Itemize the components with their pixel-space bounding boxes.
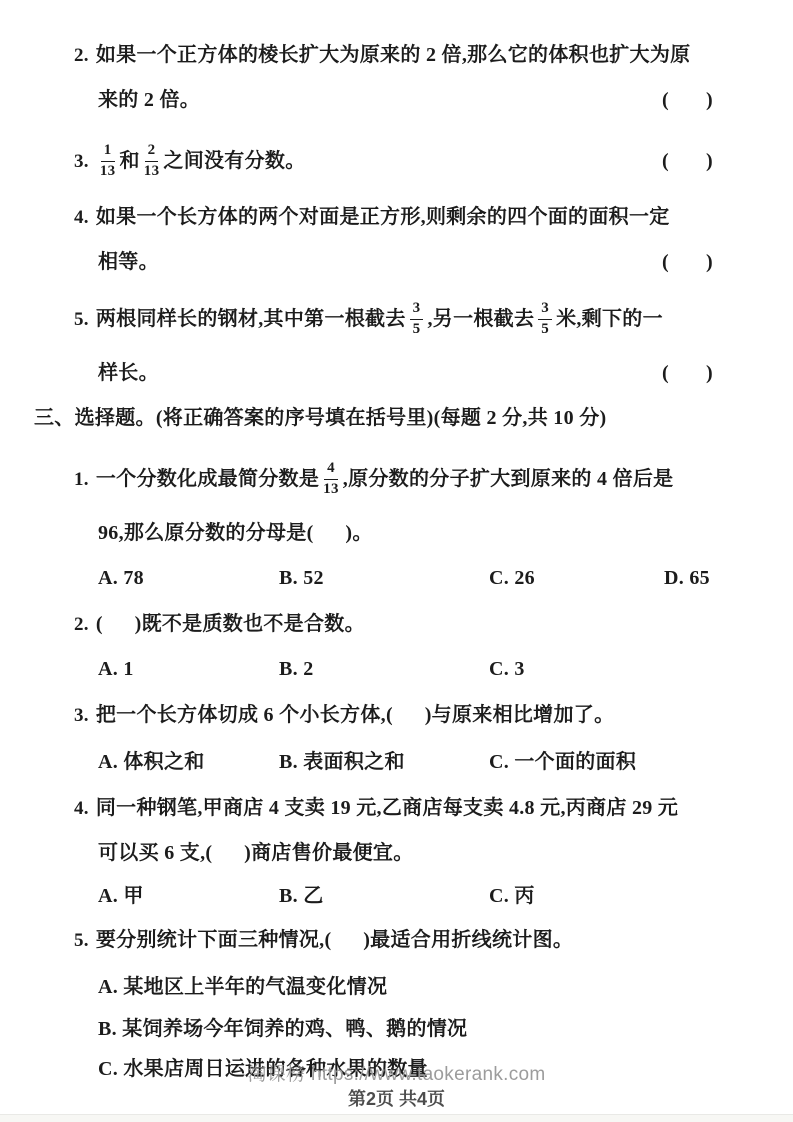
- question-text: 把一个长方体切成 6 个小长方体,( )与原来相比增加了。: [96, 702, 615, 729]
- option-c: C. 丙: [489, 883, 664, 909]
- option-c: C. 26: [489, 565, 664, 591]
- option-a: A. 78: [98, 565, 279, 591]
- question-text: 要分别统计下面三种情况,( )最适合用折线统计图。: [96, 927, 573, 954]
- question-text: 和: [119, 148, 139, 175]
- fraction: 2 13: [144, 142, 160, 180]
- fraction: 3 5: [538, 300, 552, 338]
- answer-bracket: ( ): [662, 148, 713, 175]
- tf-question-4: 4. 如果一个长方体的两个对面是正方形,则剩余的四个面的面积一定 相等。 ( ): [74, 204, 713, 276]
- question-text: 如果一个长方体的两个对面是正方形,则剩余的四个面的面积一定: [96, 204, 670, 231]
- option-d: D. 65: [664, 565, 713, 591]
- question-number: 3.: [74, 148, 89, 175]
- question-text: 相等。: [98, 249, 159, 276]
- multiple-choice-section: 三、选择题。 (将正确答案的序号填在括号里)(每题 2 分,共 10 分) 1.…: [74, 405, 713, 1082]
- fraction: 4 13: [323, 460, 339, 498]
- option-a: A. 某地区上半年的气温变化情况: [74, 974, 713, 1000]
- true-false-section: 2. 如果一个正方体的棱长扩大为原来的 2 倍,那么它的体积也扩大为原 来的 2…: [74, 42, 713, 387]
- bottom-strip: [0, 1114, 793, 1122]
- question-text: 之间没有分数。: [163, 148, 305, 175]
- question-number: 4.: [74, 795, 89, 822]
- question-text: 一个分数化成最简分数是: [96, 466, 319, 493]
- option-b: B. 表面积之和: [279, 749, 489, 775]
- section-heading: 三、选择题。 (将正确答案的序号填在括号里)(每题 2 分,共 10 分): [34, 405, 713, 432]
- exam-page: 2. 如果一个正方体的棱长扩大为原来的 2 倍,那么它的体积也扩大为原 来的 2…: [0, 0, 793, 1122]
- mc-question-3: 3. 把一个长方体切成 6 个小长方体,( )与原来相比增加了。 A. 体积之和…: [74, 702, 713, 775]
- options-row: A. 1 B. 2 C. 3: [74, 656, 713, 682]
- option-b: B. 52: [279, 565, 489, 591]
- question-text: 如果一个正方体的棱长扩大为原来的 2 倍,那么它的体积也扩大为原: [96, 42, 691, 69]
- question-number: 5.: [74, 306, 89, 333]
- mc-question-1: 1. 一个分数化成最简分数是 4 13 ,原分数的分子扩大到原来的 4 倍后是 …: [74, 452, 713, 591]
- question-text: ,原分数的分子扩大到原来的 4 倍后是: [343, 466, 674, 493]
- tf-question-5: 5. 两根同样长的钢材,其中第一根截去 3 5 ,另一根截去 3 5 米,剩下的…: [74, 292, 713, 387]
- site-watermark: 淘课榜 https://www.taokerank.com: [0, 1059, 793, 1086]
- question-text: 米,剩下的一: [556, 306, 663, 333]
- question-number: 3.: [74, 702, 89, 729]
- mc-question-2: 2. ( )既不是质数也不是合数。 A. 1 B. 2 C. 3: [74, 611, 713, 682]
- option-b: B. 某饲养场今年饲养的鸡、鸭、鹅的情况: [74, 1016, 713, 1042]
- page-indicator: 第2页 共4页: [0, 1085, 793, 1111]
- option-a: A. 甲: [98, 883, 279, 909]
- answer-bracket: ( ): [662, 249, 713, 276]
- question-text: 可以买 6 支,( )商店售价最便宜。: [98, 840, 414, 867]
- question-text: 96,那么原分数的分母是( )。: [98, 520, 373, 547]
- question-number: 5.: [74, 927, 89, 954]
- question-text: 来的 2 倍。: [98, 87, 200, 114]
- option-c: C. 一个面的面积: [489, 749, 664, 775]
- answer-bracket: ( ): [662, 87, 713, 114]
- option-a: A. 体积之和: [98, 749, 279, 775]
- tf-question-3: 3. 1 13 和 2 13 之间没有分数。 ( ): [74, 134, 713, 188]
- options-row: A. 甲 B. 乙 C. 丙: [74, 883, 713, 909]
- section-title: 三、选择题。: [34, 405, 156, 432]
- options-row: A. 体积之和 B. 表面积之和 C. 一个面的面积: [74, 749, 713, 775]
- question-number: 1.: [74, 466, 89, 493]
- option-b: B. 乙: [279, 883, 489, 909]
- question-text: 同一种钢笔,甲商店 4 支卖 19 元,乙商店每支卖 4.8 元,丙商店 29 …: [96, 795, 678, 822]
- option-a: A. 1: [98, 656, 279, 682]
- fraction: 1 13: [100, 142, 116, 180]
- option-c: C. 3: [489, 656, 664, 682]
- fraction: 3 5: [410, 300, 424, 338]
- options-row: A. 78 B. 52 C. 26 D. 65: [74, 565, 713, 591]
- question-text: 两根同样长的钢材,其中第一根截去: [96, 306, 406, 333]
- question-number: 4.: [74, 204, 89, 231]
- question-text: 样长。: [98, 360, 159, 387]
- option-b: B. 2: [279, 656, 489, 682]
- question-number: 2.: [74, 611, 89, 638]
- page-content: 2. 如果一个正方体的棱长扩大为原来的 2 倍,那么它的体积也扩大为原 来的 2…: [0, 0, 793, 1082]
- answer-bracket: ( ): [662, 360, 713, 387]
- question-number: 2.: [74, 42, 89, 69]
- question-text: ( )既不是质数也不是合数。: [96, 611, 365, 638]
- section-note: (将正确答案的序号填在括号里)(每题 2 分,共 10 分): [156, 405, 607, 432]
- question-text: ,另一根截去: [427, 306, 534, 333]
- tf-question-2: 2. 如果一个正方体的棱长扩大为原来的 2 倍,那么它的体积也扩大为原 来的 2…: [74, 42, 713, 114]
- mc-question-4: 4. 同一种钢笔,甲商店 4 支卖 19 元,乙商店每支卖 4.8 元,丙商店 …: [74, 795, 713, 909]
